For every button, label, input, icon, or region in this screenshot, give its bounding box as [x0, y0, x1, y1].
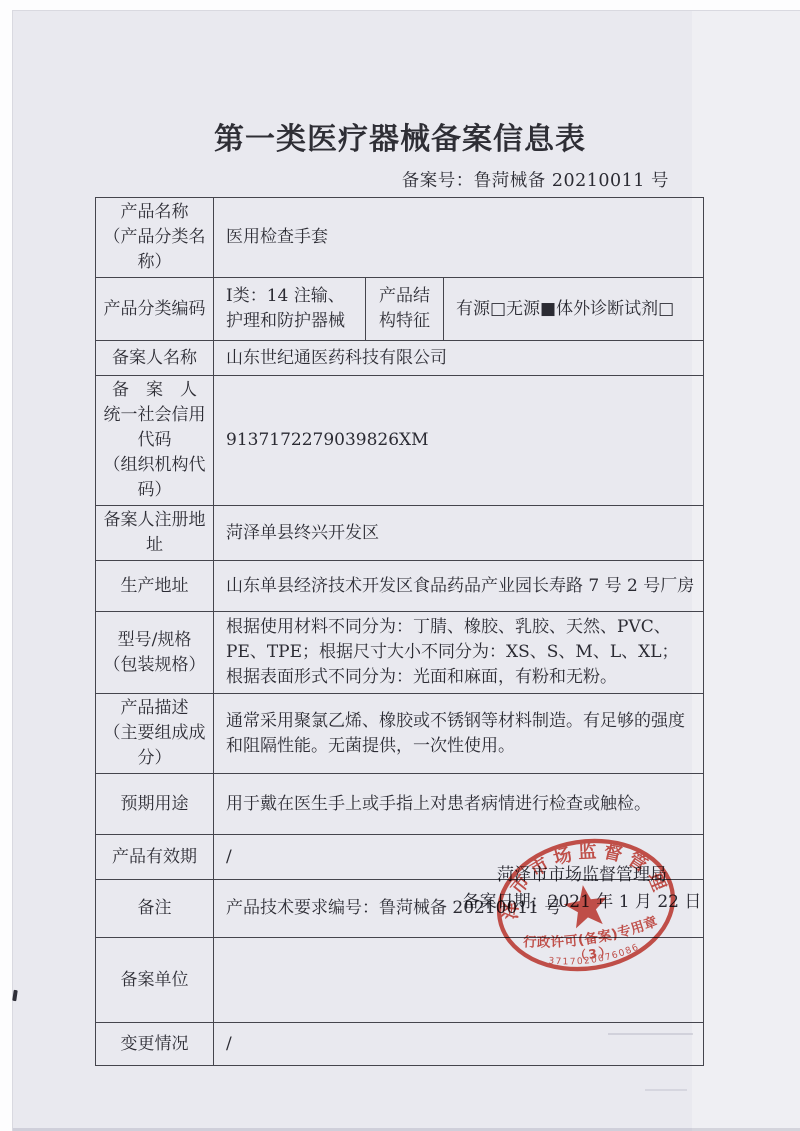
- product-description-label: 产品描述 （主要组成成分）: [96, 694, 214, 774]
- product-description-value: 通常采用聚氯乙烯、橡胶或不锈钢等材料制造。有足够的强度和阻隔性能。无菌提供，一次…: [214, 694, 704, 774]
- intended-use-label: 预期用途: [96, 774, 214, 835]
- credit-code-value: 9137172279039826XM: [214, 376, 704, 506]
- scan-artifact-smudge: [645, 1089, 687, 1091]
- production-address-label: 生产地址: [96, 561, 214, 612]
- credit-code-label: 备 案 人 统一社会信用代码 （组织机构代码）: [96, 376, 214, 506]
- remarks-label: 备注: [96, 880, 214, 938]
- row-product-description: 产品描述 （主要组成成分） 通常采用聚氯乙烯、橡胶或不锈钢等材料制造。有足够的强…: [96, 694, 704, 774]
- filer-name-value: 山东世纪通医药科技有限公司: [214, 341, 704, 376]
- product-name-label: 产品名称 （产品分类名称）: [96, 198, 214, 278]
- scan-artifact-smudge: [608, 1033, 693, 1035]
- classification-code-label: 产品分类编码: [96, 278, 214, 341]
- product-name-value: 医用检查手套: [214, 198, 704, 278]
- model-spec-value: 根据使用材料不同分为：丁腈、橡胶、乳胶、天然、PVC、PE、TPE；根据尺寸大小…: [214, 612, 704, 694]
- filing-authority-signature: 菏泽市市场监督管理局 备案日期：2021 年 1 月 22 日: [462, 862, 702, 916]
- row-intended-use: 预期用途 用于戴在医生手上或手指上对患者病情进行检查或触检。: [96, 774, 704, 835]
- page-title: 第一类医疗器械备案信息表: [0, 114, 800, 158]
- structure-feature-value: 有源□无源■体外诊断试剂□: [444, 278, 704, 341]
- row-classification-code: 产品分类编码 Ⅰ类：14 注输、护理和防护器械 产品结构特征 有源□无源■体外诊…: [96, 278, 704, 341]
- row-product-name: 产品名称 （产品分类名称） 医用检查手套: [96, 198, 704, 278]
- row-model-spec: 型号/规格 （包装规格） 根据使用材料不同分为：丁腈、橡胶、乳胶、天然、PVC、…: [96, 612, 704, 694]
- filer-name-label: 备案人名称: [96, 341, 214, 376]
- classification-code-value: Ⅰ类：14 注输、护理和防护器械: [214, 278, 366, 341]
- authority-name: 菏泽市市场监督管理局: [462, 862, 702, 889]
- filing-number: 备案号：鲁菏械备 20210011 号: [402, 167, 669, 192]
- row-production-address: 生产地址 山东单县经济技术开发区食品药品产业园长寿路 7 号 2 号厂房: [96, 561, 704, 612]
- structure-feature-label: 产品结构特征: [366, 278, 444, 341]
- production-address-value: 山东单县经济技术开发区食品药品产业园长寿路 7 号 2 号厂房: [214, 561, 704, 612]
- change-status-label: 变更情况: [96, 1023, 214, 1066]
- row-credit-code: 备 案 人 统一社会信用代码 （组织机构代码） 9137172279039826…: [96, 376, 704, 506]
- scan-light-band: [692, 11, 800, 1131]
- validity-period-label: 产品有效期: [96, 835, 214, 880]
- filing-authority-label: 备案单位: [96, 938, 214, 1023]
- row-change-status: 变更情况 /: [96, 1023, 704, 1066]
- filing-date: 备案日期：2021 年 1 月 22 日: [462, 889, 702, 916]
- row-registered-address: 备案人注册地址 菏泽单县终兴开发区: [96, 506, 704, 561]
- registered-address-value: 菏泽单县终兴开发区: [214, 506, 704, 561]
- model-spec-label: 型号/规格 （包装规格）: [96, 612, 214, 694]
- row-filer-name: 备案人名称 山东世纪通医药科技有限公司: [96, 341, 704, 376]
- registered-address-label: 备案人注册地址: [96, 506, 214, 561]
- change-status-value: /: [214, 1023, 704, 1066]
